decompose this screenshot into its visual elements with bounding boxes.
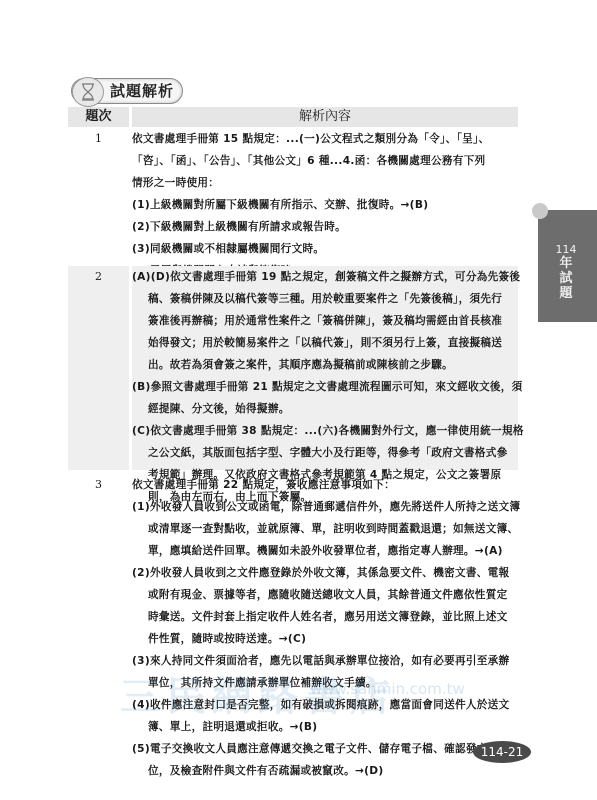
column-header-content: 解析內容: [132, 107, 518, 127]
question-number: 3: [68, 478, 129, 491]
side-tab-year: 114: [551, 243, 581, 256]
explanation-cell: 依文書處理手冊第 15 點規定：...(一)公文程式之類別分為「令」、「呈」、 …: [132, 128, 518, 264]
table-header: 題次 解析內容: [68, 107, 518, 127]
explanation-text: 依文書處理手冊第 15 點規定：...(一)公文程式之類別分為「令」、「呈」、 …: [132, 128, 518, 282]
table-row: 3 依文書處理手冊第 22 點規定，簽收應注意事項如下： (1)外收發人員收到公…: [68, 474, 518, 734]
question-number: 2: [68, 270, 129, 283]
explanation-cell: 依文書處理手冊第 22 點規定，簽收應注意事項如下： (1)外收發人員收到公文或…: [132, 474, 518, 734]
explanation-text: 依文書處理手冊第 22 點規定，簽收應注意事項如下： (1)外收發人員收到公文或…: [132, 474, 518, 782]
chapter-side-label: 114 年 試 題: [551, 243, 581, 301]
hourglass-icon: [72, 77, 104, 107]
table-row: 2 (A)(D)依文書處理手冊第 19 點之規定，創簽稿文件之擬辦方式，可分為先…: [68, 266, 518, 470]
page-number: 114-21: [473, 741, 531, 763]
question-number-cell: 1: [68, 128, 129, 264]
question-number-cell: 3: [68, 474, 129, 734]
table-row: 1 依文書處理手冊第 15 點規定：...(一)公文程式之類別分為「令」、「呈」…: [68, 128, 518, 264]
question-number-cell: 2: [68, 266, 129, 470]
section-title: 試題解析: [110, 80, 174, 101]
question-number: 1: [68, 132, 129, 145]
tab-dot-icon: [532, 203, 548, 219]
column-header-number: 題次: [68, 107, 129, 127]
explanation-text: (A)(D)依文書處理手冊第 19 點之規定，創簽稿文件之擬辦方式，可分為先簽後…: [132, 266, 518, 508]
explanation-cell: (A)(D)依文書處理手冊第 19 點之規定，創簽稿文件之擬辦方式，可分為先簽後…: [132, 266, 518, 470]
